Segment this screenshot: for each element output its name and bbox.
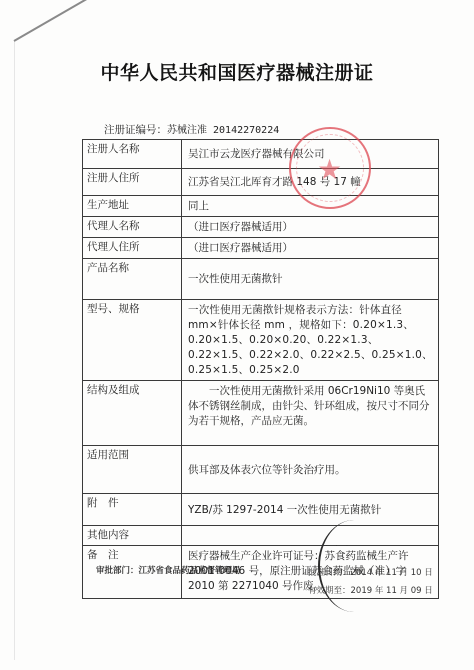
- company-seal-stamp: ★: [289, 127, 371, 209]
- row-label: 型号、规格: [83, 300, 182, 381]
- table-row: 代理人住所 （进口医疗器械适用）: [83, 238, 439, 259]
- scope-of-application: 供耳部及体表穴位等针灸治疗用。: [182, 446, 439, 494]
- model-specification: 一次性使用无菌揿针规格表示方法：针体直径 mm×针体长径 mm ，规格如下：0.…: [182, 300, 439, 381]
- table-row: 适用范围 供耳部及体表穴位等针灸治疗用。: [83, 446, 439, 494]
- table-row: 型号、规格 一次性使用无菌揿针规格表示方法：针体直径 mm×针体长径 mm ，规…: [83, 300, 439, 381]
- table-row: 结构及组成 一次性使用无菌揿针采用 06Cr19Ni10 等奥氏体不锈钢丝制成，…: [83, 381, 439, 446]
- agent-name: （进口医疗器械适用）: [182, 217, 439, 238]
- product-name: 一次性使用无菌揿针: [182, 259, 439, 300]
- row-label: 结构及组成: [83, 381, 182, 446]
- structure-composition: 一次性使用无菌揿针采用 06Cr19Ni10 等奥氏体不锈钢丝制成，由针尖、针环…: [182, 381, 439, 446]
- row-label: 其他内容: [83, 526, 182, 546]
- table-row: 代理人名称 （进口医疗器械适用）: [83, 217, 439, 238]
- approval-date: 批准日期：2014 年 11 月 10 日: [308, 566, 433, 578]
- row-label: 注册人名称: [83, 140, 182, 169]
- scan-fold-corner: [14, 0, 93, 42]
- attachment: YZB/苏 1297-2014 一次性使用无菌揿针: [182, 494, 439, 526]
- table-row: 产品名称 一次性使用无菌揿针: [83, 259, 439, 300]
- table-row: 生产地址 同上: [83, 196, 439, 217]
- row-label: 代理人名称: [83, 217, 182, 238]
- approval-department: 审批部门：江苏省食品药品监督管理局: [96, 564, 241, 576]
- registration-number: 注册证编号：苏械注准 20142270224: [104, 121, 279, 137]
- scan-fold-edge: [14, 40, 15, 660]
- table-row: 注册人名称 吴江市云龙医疗器械有限公司: [83, 140, 439, 169]
- table-row: 注册人住所 江苏省吴江北厍育才路 148 号 17 幢: [83, 169, 439, 196]
- row-label: 生产地址: [83, 196, 182, 217]
- row-label: 代理人住所: [83, 238, 182, 259]
- valid-until-date: 有效期至：2019 年 11 月 09 日: [308, 584, 433, 596]
- registration-number-label: 注册证编号：: [104, 124, 167, 136]
- agent-address: （进口医疗器械适用）: [182, 238, 439, 259]
- row-label: 注册人住所: [83, 169, 182, 196]
- other-content: [182, 526, 439, 546]
- row-label: 附 件: [83, 494, 182, 526]
- star-icon: ★: [317, 153, 342, 186]
- row-label: 适用范围: [83, 446, 182, 494]
- certificate-title: 中华人民共和国医疗器械注册证: [0, 58, 474, 85]
- official-seal-marks: · · ·: [325, 542, 351, 550]
- registration-number-value: 苏械注准 20142270224: [167, 125, 279, 136]
- row-label: 产品名称: [83, 259, 182, 300]
